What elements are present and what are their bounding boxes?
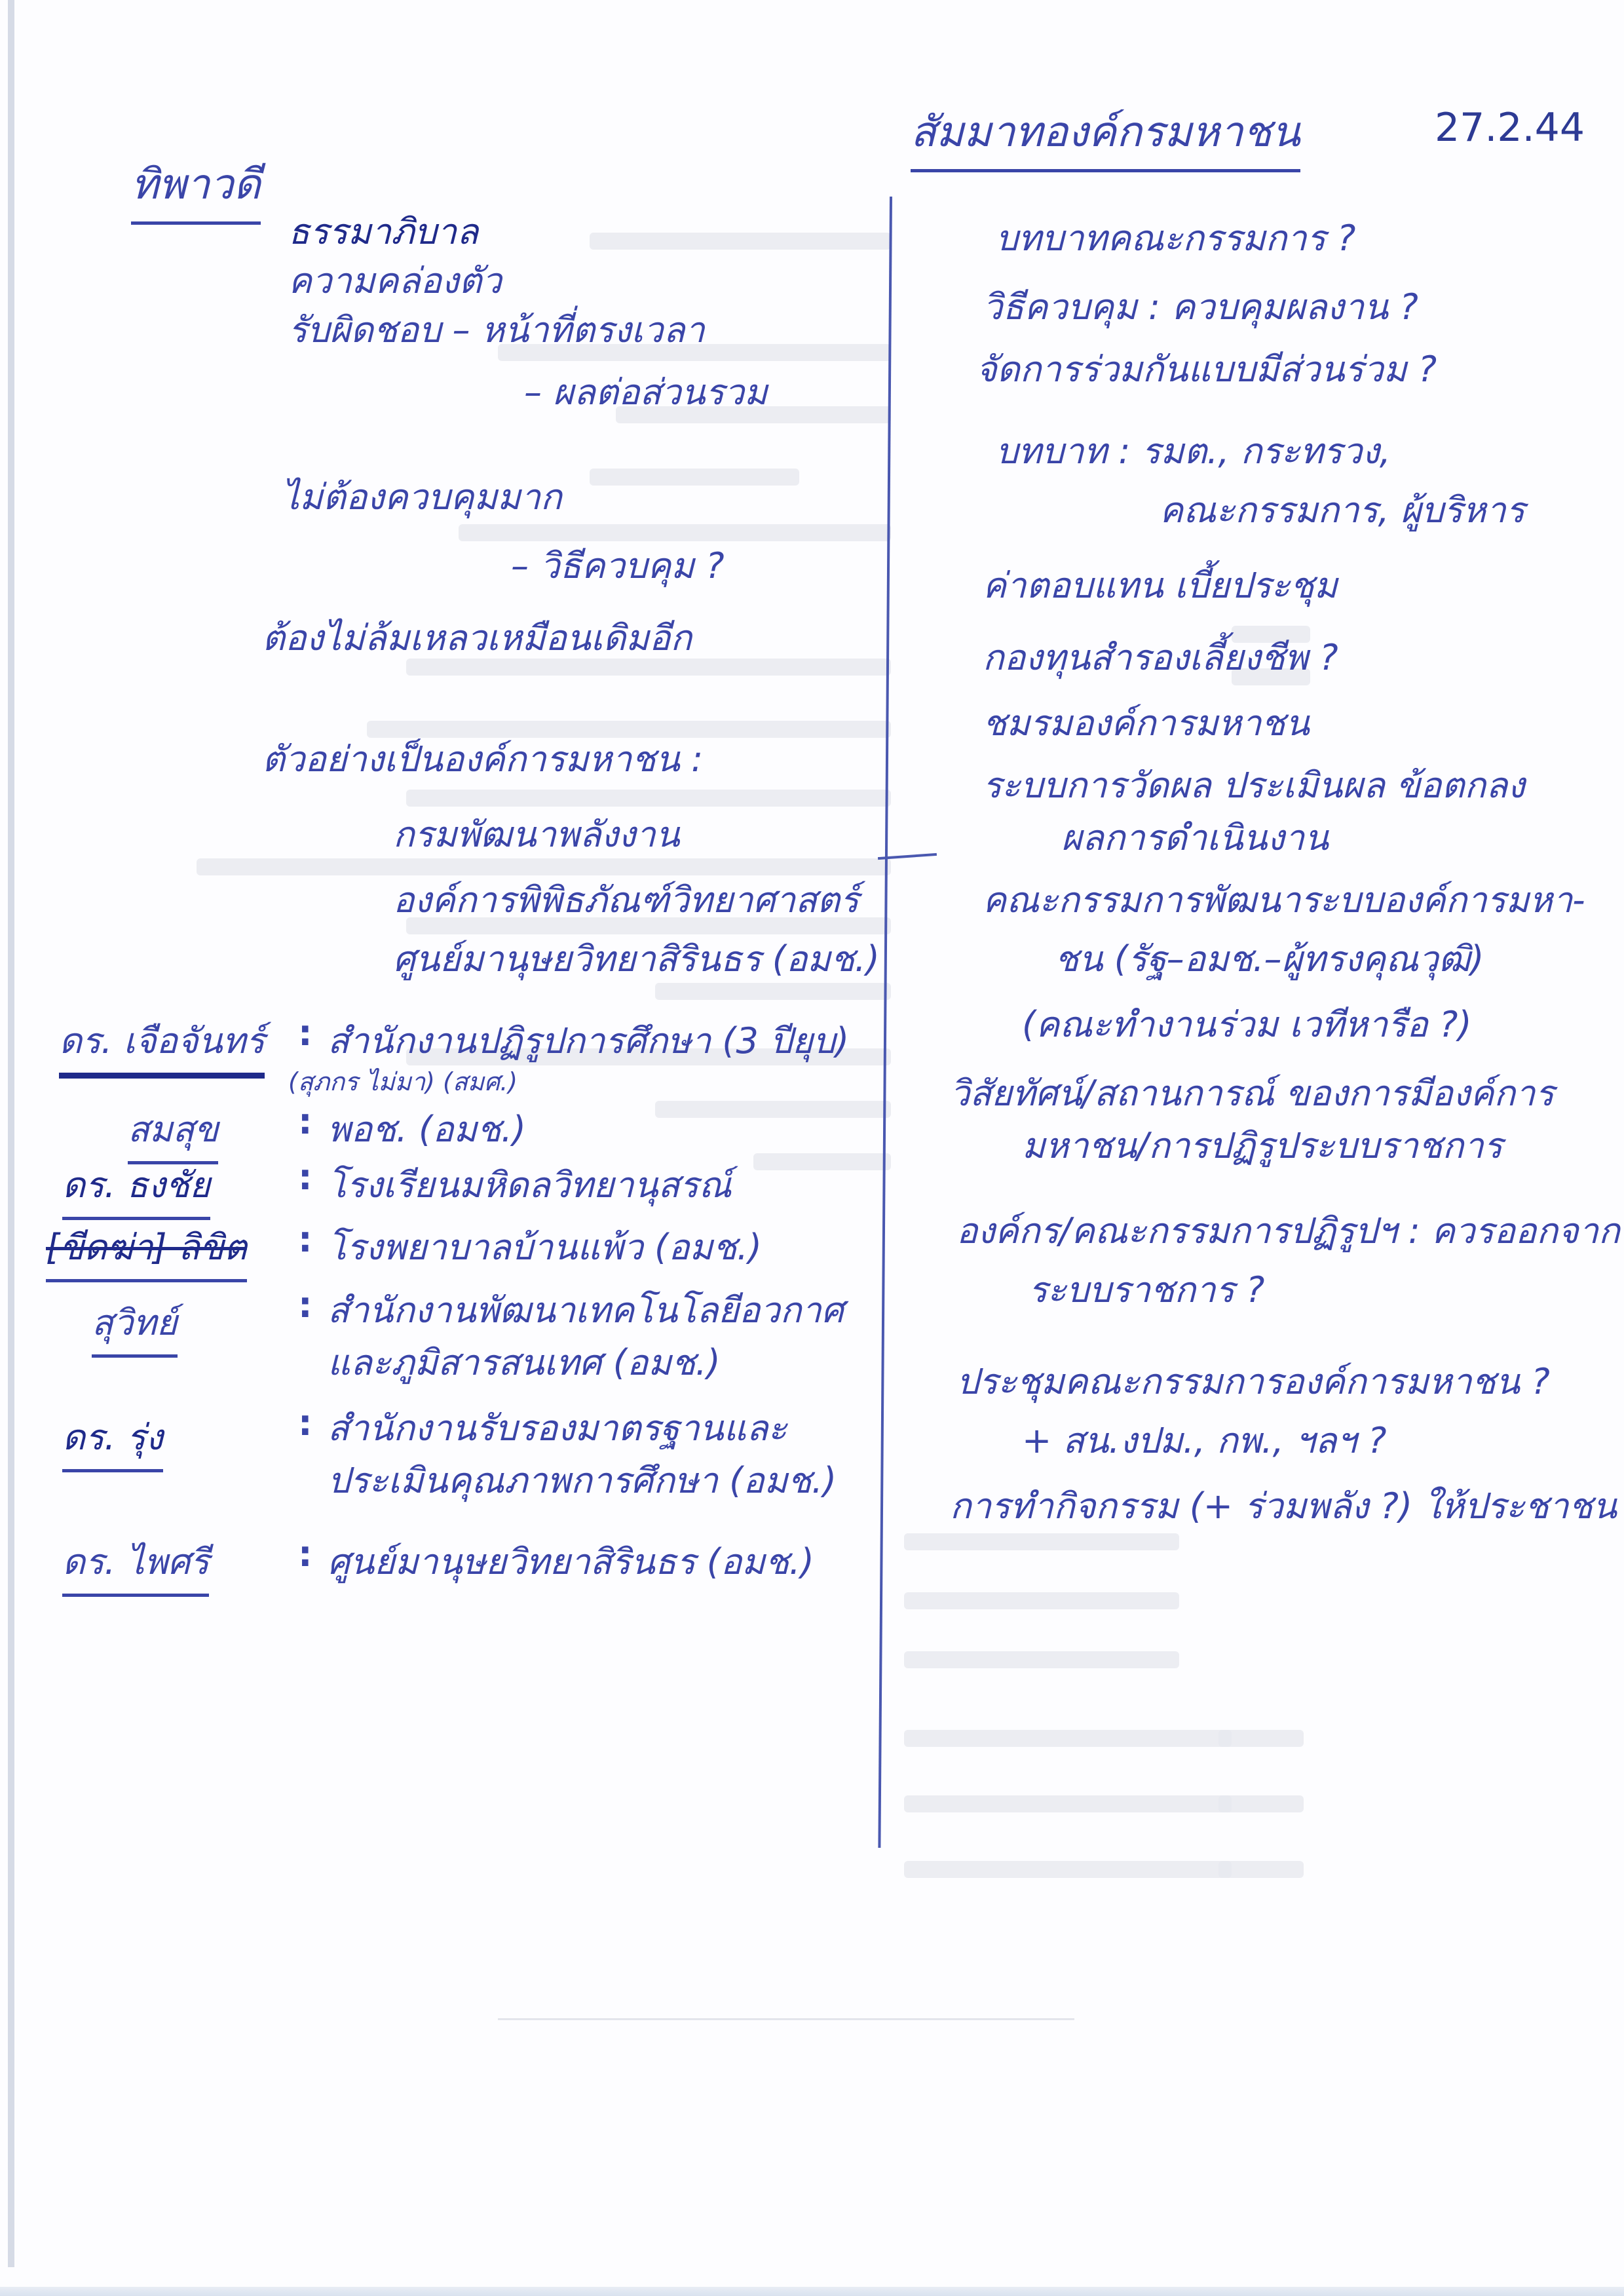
section-label: ทิพาวดี — [131, 151, 261, 225]
note-line: ต้องไม่ล้มเหลวเหมือนเดิมอีก — [262, 609, 692, 666]
note-line: บทบาทคณะกรรมการ ? — [996, 210, 1355, 266]
note-line: กรมพัฒนาพลังงาน — [393, 806, 680, 862]
colon: : — [298, 1157, 312, 1198]
scan-bottom-edge — [0, 2287, 1624, 2296]
person-name: ดร. ธงชัย — [62, 1157, 210, 1220]
note-line: ความคล่องตัว — [288, 252, 502, 309]
note-line: บทบาท : รมต., กระทรวง, — [996, 423, 1391, 479]
note-line: กองทุนสำรองเลี้ยงชีพ ? — [983, 629, 1338, 685]
document-date: 27.2.44 — [1435, 105, 1585, 151]
person-org: โรงเรียนมหิดลวิทยานุสรณ์ — [328, 1157, 732, 1213]
note-line: องค์กร/คณะกรรมการปฏิรูปฯ : ควรออกจาก — [956, 1202, 1620, 1259]
colon: : — [298, 1012, 312, 1054]
note-line: คณะกรรมการ, ผู้บริหาร — [1160, 482, 1525, 538]
note-line: มหาชน/การปฏิรูประบบราชการ — [1022, 1117, 1503, 1174]
note-line: ชมรมองค์การมหาชน — [983, 695, 1310, 751]
note-line: ระบบราชการ ? — [1029, 1261, 1264, 1318]
person-name: ดร. รุ่ง — [62, 1409, 163, 1472]
note-line: – ผลต่อส่วนรวม — [524, 364, 768, 420]
person-name-struck: [ขีดฆ่า] ลิขิต — [46, 1219, 247, 1282]
note-line: – วิธีควบคุม ? — [511, 537, 725, 594]
person-name: ดร. เจือจันทร์ — [59, 1012, 265, 1079]
person-note: (สุภกร ไม่มา) (สมศ.) — [288, 1062, 518, 1101]
note-line: + สน.งปม., กพ., ฯลฯ ? — [1022, 1412, 1387, 1468]
document-title: สัมมาทองค์กรมหาชน — [911, 98, 1300, 172]
colon: : — [298, 1533, 312, 1575]
person-org: สำนักงานรับรองมาตรฐานและประเมินคุณภาพการ… — [328, 1402, 878, 1507]
note-line: วิธีควบคุม : ควบคุมผลงาน ? — [983, 278, 1418, 335]
person-name: สมสุข — [128, 1101, 218, 1164]
note-line: วิสัยทัศน์/สถานการณ์ ของการมีองค์การ — [950, 1065, 1554, 1121]
note-line: ค่าตอบแทน เบี้ยประชุม — [983, 557, 1338, 613]
person-org: พอช. (อมช.) — [328, 1101, 526, 1157]
note-line: ตัวอย่างเป็นองค์การมหาชน : — [262, 731, 703, 787]
note-line: ศูนย์มานุษยวิทยาสิรินธร (อมช.) — [393, 930, 880, 987]
note-line: ระบบการวัดผล ประเมินผล ข้อตกลง — [983, 757, 1525, 813]
note-line: ธรรมาภิบาล — [288, 203, 478, 259]
note-line: คณะกรรมการพัฒนาระบบองค์การมหา- — [983, 871, 1585, 928]
note-line: ชน (รัฐ–อมช.–ผู้ทรงคุณวุฒิ) — [1055, 930, 1484, 987]
scan-left-edge — [8, 0, 14, 2267]
note-line: ประชุมคณะกรรมการองค์การมหาชน ? — [956, 1353, 1550, 1409]
column-divider-line — [878, 197, 892, 1848]
colon: : — [298, 1284, 312, 1326]
note-line: จัดการร่วมกันแบบมีส่วนร่วม ? — [976, 341, 1437, 397]
note-line: ไม่ต้องควบคุมมาก — [282, 469, 562, 525]
person-name: ดร. ไพศรี — [62, 1533, 209, 1597]
note-line: (คณะทำงานร่วม เวทีหารือ ?) — [1022, 996, 1472, 1052]
colon: : — [298, 1219, 312, 1260]
colon: : — [298, 1402, 312, 1444]
note-line: รับผิดชอบ – หน้าที่ตรงเวลา — [288, 301, 705, 358]
person-org: สำนักงานพัฒนาเทคโนโลยีอวกาศและภูมิสารสนเ… — [328, 1284, 878, 1389]
colon: : — [298, 1101, 312, 1142]
person-org: สำนักงานปฏิรูปการศึกษา (3 ปียุบ) — [328, 1012, 849, 1069]
person-org: โรงพยาบาลบ้านแพ้ว (อมช.) — [328, 1219, 762, 1275]
note-line: องค์การพิพิธภัณฑ์วิทยาศาสตร์ — [393, 871, 859, 928]
person-org: ศูนย์มานุษยวิทยาสิรินธร (อมช.) — [328, 1533, 814, 1590]
note-line: ผลการดำเนินงาน — [1061, 809, 1329, 866]
person-name: สุวิทย์ — [92, 1294, 178, 1358]
note-line: การทำกิจกรรม (+ ร่วมพลัง ?) ให้ประชาชน — [950, 1478, 1617, 1534]
